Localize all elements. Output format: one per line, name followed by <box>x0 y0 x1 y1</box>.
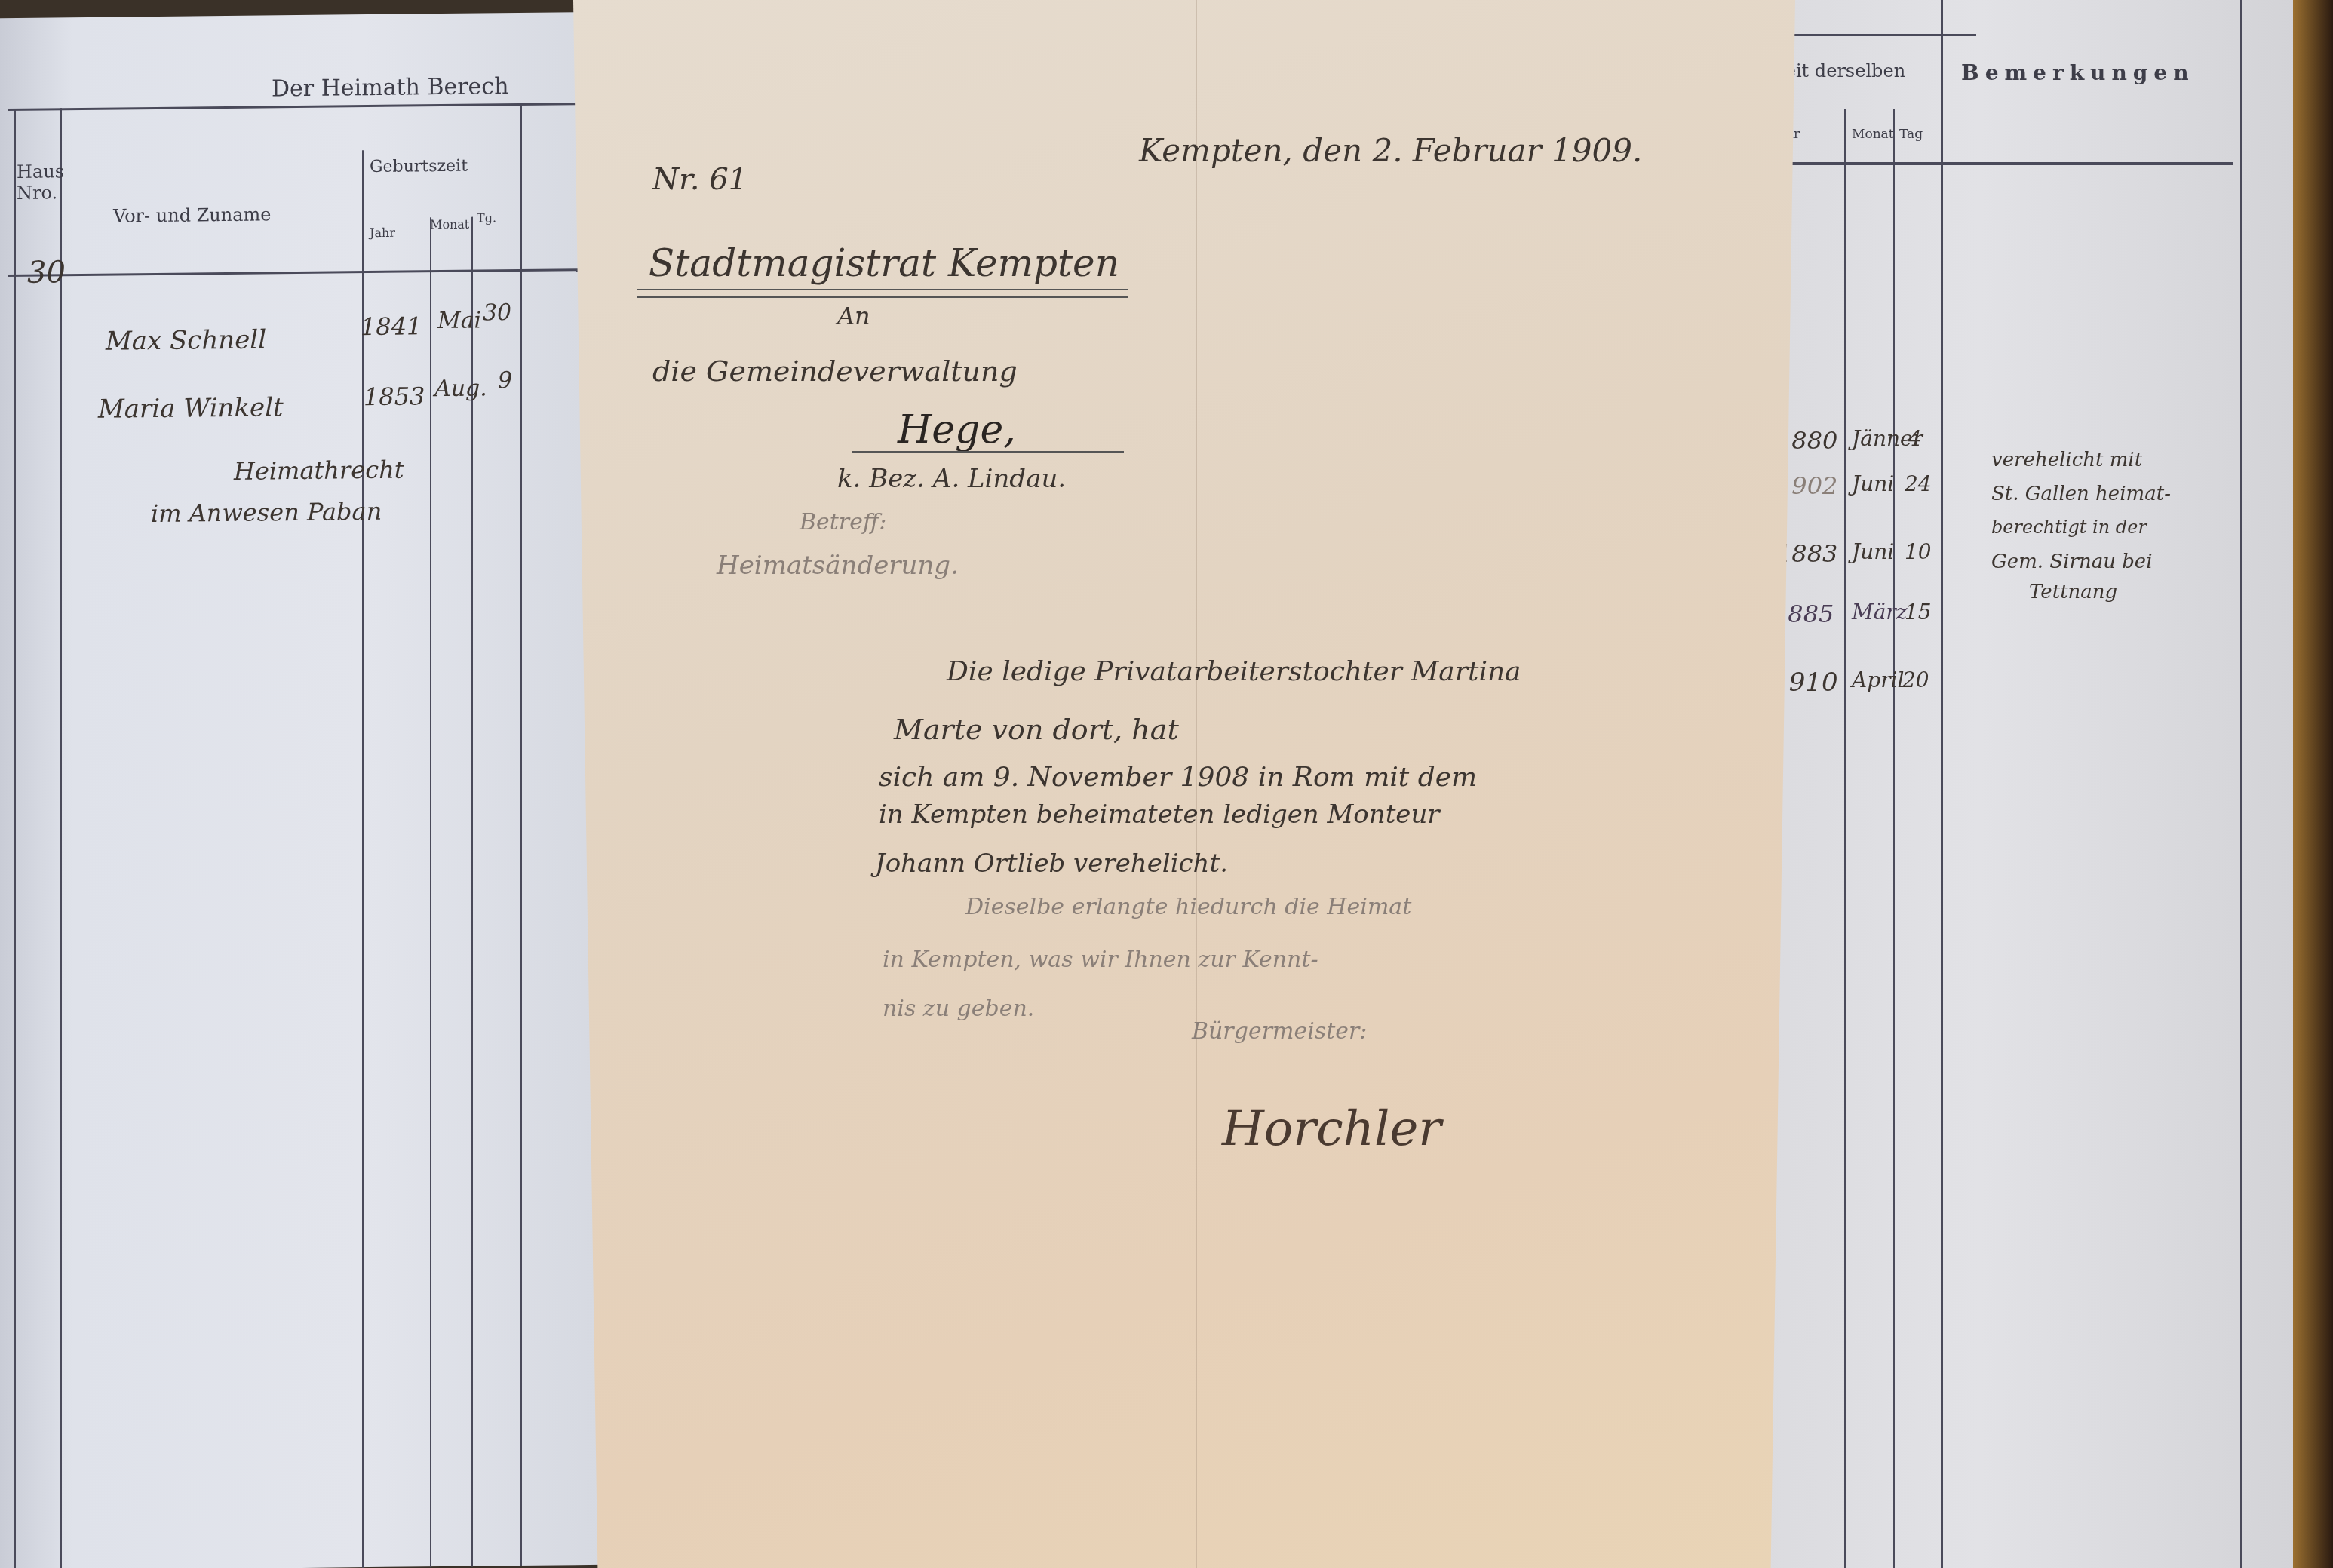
letter-body-line: Johann Ortlieb verehelicht. <box>875 848 1228 879</box>
letter-body-line: Die ledige Privatarbeiterstochter Martin… <box>947 656 1521 687</box>
book-binding <box>2293 0 2333 1568</box>
column-header-jahr: Jahr <box>370 226 395 240</box>
letter-body-line: sich am 9. November 1908 in Rom mit dem <box>879 762 1477 793</box>
ledger-title: Der Heimath Berech <box>272 73 508 102</box>
letter-signature: Horchler <box>1222 1101 1441 1157</box>
remark-line: verehelicht mit <box>1991 449 2142 471</box>
letter-sender: Stadtmagistrat Kempten <box>649 241 1119 285</box>
place-underline <box>852 451 1124 453</box>
row-month: April <box>1852 667 1904 692</box>
letter-body-line: Dieselbe erlangte hiedurch die Heimat <box>965 894 1411 920</box>
ledger-rule <box>1941 0 1943 1568</box>
ledger-rule <box>430 217 431 1567</box>
entry-name: Max Schnell <box>106 324 266 356</box>
letter-body-line: Marte von dort, hat <box>894 713 1179 746</box>
entry-month: Aug. <box>434 375 487 402</box>
row-day: 4 <box>1908 426 1922 451</box>
ledger-rule <box>60 108 62 1568</box>
column-header-tag: Tag <box>1899 127 1923 142</box>
entry-day: 30 <box>483 299 511 326</box>
row-day: 20 <box>1902 667 1929 692</box>
row-day: 10 <box>1905 539 1932 564</box>
column-header-bemerkungen: Bemerkungen <box>1961 60 2195 85</box>
column-header-name: Vor- und Zuname <box>113 204 272 226</box>
letter-subject-label: Betreff: <box>800 509 886 535</box>
row-month: Juni <box>1852 539 1894 564</box>
ledger-note: Heimathrecht <box>234 456 404 486</box>
letter-place-date: Kempten, den 2. Februar 1909. <box>1139 132 1642 169</box>
ledger-note: im Anwesen Paban <box>151 497 382 528</box>
letter-body-line: in Kempten, was wir Ihnen zur Kennt- <box>883 947 1318 973</box>
ledger-rule <box>14 109 16 1568</box>
entry-year: 1853 <box>364 382 425 411</box>
left-ledger-page: Der Heimath Berech Haus Nro. Vor- und Zu… <box>0 12 603 1568</box>
ledger-rule <box>362 150 364 1568</box>
column-header-tag: Tg. <box>477 210 496 225</box>
column-header-monat: Monat <box>1852 127 1894 142</box>
letter-body-line: nis zu geben. <box>883 996 1034 1022</box>
ledger-rule <box>2240 0 2242 1568</box>
ledger-rule <box>471 217 473 1567</box>
ledger-rule <box>8 103 581 111</box>
letter-body-line: in Kempten beheimateten ledigen Monteur <box>879 799 1440 830</box>
remark-line: Gem. Sirnau bei <box>1991 551 2153 573</box>
ledger-rule <box>8 268 581 277</box>
remark-line: berechtigt in der <box>1991 517 2147 538</box>
letter-place: Hege, <box>898 407 1016 453</box>
column-header-haus-nro: Haus Nro. <box>17 161 62 204</box>
entry-month: Mai <box>437 308 481 335</box>
column-header-geburtszeit: Geburtszeit <box>370 157 468 176</box>
remark-line: St. Gallen heimat- <box>1991 483 2171 505</box>
entry-day: 9 <box>498 367 512 394</box>
sender-underline <box>637 289 1128 298</box>
row-month: Juni <box>1852 471 1894 496</box>
letter-to: An <box>837 302 870 330</box>
letter-closing: Bürgermeister: <box>1192 1018 1367 1045</box>
letter-number: Nr. 61 <box>652 162 747 197</box>
ledger-rule <box>1844 109 1846 1568</box>
row-day: 24 <box>1905 471 1932 496</box>
row-month: März <box>1852 600 1908 624</box>
row-day: 15 <box>1905 600 1932 624</box>
column-header-monat: Monat <box>430 217 469 232</box>
letter-subject: Heimatsänderung. <box>717 551 959 581</box>
letter-district: k. Bez. A. Lindau. <box>837 464 1066 494</box>
entry-year: 1841 <box>361 311 422 341</box>
entry-name: Maria Winkelt <box>98 392 284 425</box>
letter-recipient: die Gemeindeverwaltung <box>652 354 1018 388</box>
house-number: 30 <box>27 255 66 290</box>
remark-line: Tettnang <box>2029 581 2117 603</box>
ledger-rule <box>1893 109 1895 1568</box>
ledger-rule <box>520 103 522 1566</box>
